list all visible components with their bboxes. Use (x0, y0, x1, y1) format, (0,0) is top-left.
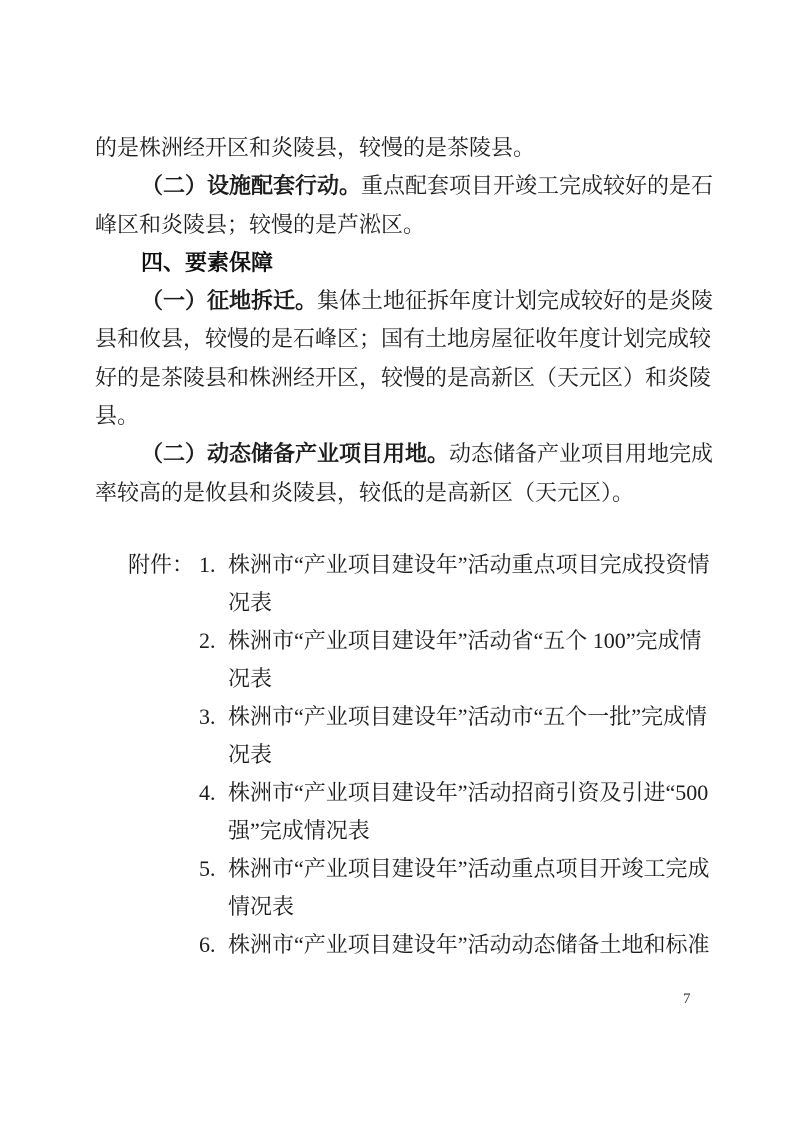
text-run: 重点配套项目开竣工完成较好的是石 (361, 172, 713, 200)
attachment-number: 3. (199, 703, 216, 731)
text-run: 县。 (95, 402, 139, 430)
section-lead-reserve-land: （二）动态储备产业项目用地。 (141, 440, 449, 468)
text-run: 情况表 (228, 893, 294, 921)
text-line: （一）征地拆迁。集体土地征拆年度计划完成较好的是炎陵 (0, 287, 793, 321)
text-line: 附件：1.株洲市“产业项目建设年”活动重点项目完成投资情 (0, 551, 793, 585)
attachment-number: 4. (199, 779, 216, 807)
text-run: 率较高的是攸县和炎陵县，较低的是高新区（天元区）。 (95, 479, 634, 507)
text-run: 况表 (228, 741, 272, 769)
attachment-number: 2. (199, 627, 216, 655)
text-line: 情况表 (0, 893, 793, 927)
text-line: 2.株洲市“产业项目建设年”活动省“五个 100”完成情 (0, 627, 793, 661)
attachment-number: 6. (199, 931, 216, 959)
text-line: 四、要素保障 (0, 249, 793, 283)
text-run: 的是株洲经开区和炎陵县，较慢的是茶陵县。 (95, 134, 535, 162)
text-line: 况表 (0, 665, 793, 699)
text-line: 况表 (0, 589, 793, 623)
text-run: 株洲市“产业项目建设年”活动重点项目开竣工完成 (228, 855, 710, 883)
text-line: 6.株洲市“产业项目建设年”活动动态储备土地和标准 (0, 931, 793, 965)
text-line: 县和攸县，较慢的是石峰区；国有土地房屋征收年度计划完成较 (0, 325, 793, 359)
text-run: 株洲市“产业项目建设年”活动市“五个一批”完成情 (228, 703, 707, 731)
text-line: 强”完成情况表 (0, 817, 793, 851)
text-run: 好的是茶陵县和株洲经开区，较慢的是高新区（天元区）和炎陵 (95, 364, 711, 392)
text-run: 况表 (228, 589, 272, 617)
text-line: （二）设施配套行动。重点配套项目开竣工完成较好的是石 (0, 172, 793, 206)
text-run: 动态储备产业项目用地完成 (449, 440, 713, 468)
text-run: 株洲市“产业项目建设年”活动重点项目完成投资情 (228, 551, 710, 579)
text-line: 的是株洲经开区和炎陵县，较慢的是茶陵县。 (0, 134, 793, 168)
page-number: 7 (683, 991, 691, 1008)
section-lead-land-requisition: （一）征地拆迁。 (141, 287, 317, 315)
text-line: 5.株洲市“产业项目建设年”活动重点项目开竣工完成 (0, 855, 793, 889)
section-lead-facilities: （二）设施配套行动。 (141, 172, 361, 200)
text-run: 集体土地征拆年度计划完成较好的是炎陵 (317, 287, 713, 315)
section-heading-four: 四、要素保障 (141, 249, 273, 277)
text-line: 率较高的是攸县和炎陵县，较低的是高新区（天元区）。 (0, 479, 793, 513)
text-line: 好的是茶陵县和株洲经开区，较慢的是高新区（天元区）和炎陵 (0, 364, 793, 398)
text-run: 县和攸县，较慢的是石峰区；国有土地房屋征收年度计划完成较 (95, 325, 711, 353)
text-run: 强”完成情况表 (228, 817, 370, 845)
text-line: 峰区和炎陵县；较慢的是芦淞区。 (0, 211, 793, 245)
document-page: 7 的是株洲经开区和炎陵县，较慢的是茶陵县。（二）设施配套行动。重点配套项目开竣… (0, 0, 793, 1122)
text-line: 况表 (0, 741, 793, 775)
text-line: 4.株洲市“产业项目建设年”活动招商引资及引进“500 (0, 779, 793, 813)
text-line: 3.株洲市“产业项目建设年”活动市“五个一批”完成情 (0, 703, 793, 737)
attachment-number: 5. (199, 855, 216, 883)
text-run: 况表 (228, 665, 272, 693)
text-run: 峰区和炎陵县；较慢的是芦淞区。 (95, 211, 425, 239)
text-run: 株洲市“产业项目建设年”活动动态储备土地和标准 (228, 931, 710, 959)
attachment-number: 1. (199, 551, 216, 579)
text-line: （二）动态储备产业项目用地。动态储备产业项目用地完成 (0, 440, 793, 474)
text-line: 县。 (0, 402, 793, 436)
text-run: 株洲市“产业项目建设年”活动招商引资及引进“500 (228, 779, 708, 807)
text-run: 株洲市“产业项目建设年”活动省“五个 100”完成情 (228, 627, 702, 655)
attachments-label: 附件： (128, 551, 194, 579)
